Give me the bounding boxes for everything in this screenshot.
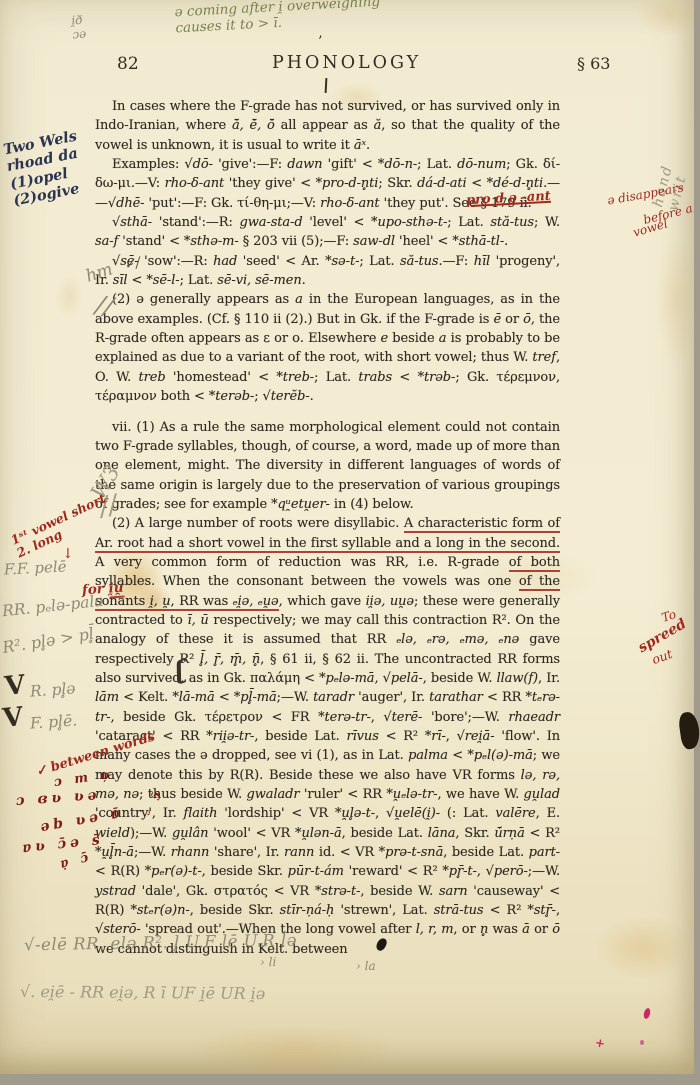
body-paragraph: √sthā- 'stand':—R: gwa-sta-d 'level' < *… <box>95 213 560 252</box>
book-page: 82 PHONOLOGY § 63 ’ In cases where the F… <box>0 0 694 1074</box>
annotation-red-scribble: ɐʋ ɔ̄ə s̄ <box>21 832 104 857</box>
annotation-check-v: V <box>3 671 26 703</box>
body-paragraph: √sē- 'sow':—R: had 'seed' < Ar. *sə-t-; … <box>95 252 560 291</box>
annotation-pencil-formula-1-li: › li <box>260 956 276 970</box>
annotation-pencil-vf: F. pl̥ē. <box>29 712 77 733</box>
annotation-red-vowel: vowel <box>632 217 670 240</box>
body-paragraph: (2) ə generally appears as a in the Euro… <box>95 290 560 406</box>
scanned-book-page: { "palette": { "paper": "#f2ebd1", "red_… <box>0 0 700 1085</box>
annotation-pencil-formula-2: √. ei̯ē - RR ei̯ə, R ī UF i̯ē UR i̯ə <box>20 983 265 1004</box>
stain <box>655 235 697 365</box>
annotation-pencil-top-corner: i̯ð ɔə <box>71 14 87 42</box>
annotation-pencil-rr-pala: RR. pₑlə-pala <box>1 593 104 621</box>
stray-ink-mark: ’ <box>318 34 322 50</box>
pink-cross-mark: + <box>594 1035 606 1051</box>
annotation-pencil-r2: R². pl̥ə > pl̥̄ <box>1 625 95 658</box>
running-head-title: PHONOLOGY <box>272 53 421 73</box>
stain <box>636 0 700 36</box>
annotation-pencil-vr: R. pl̥ə <box>29 680 76 701</box>
stain <box>595 915 690 980</box>
text-block: In cases where the F-grade has not survi… <box>95 97 560 959</box>
annotation-pencil-formula-1-la: › la <box>356 960 376 974</box>
body-paragraph: vii. (1) As a rule the same morphologica… <box>95 418 560 515</box>
annotation-red-scribble: ɔ ɞʋ ʋə <box>16 787 102 809</box>
stain <box>55 275 83 319</box>
pink-mark <box>643 1007 652 1019</box>
section-mark: § 63 <box>577 54 610 73</box>
annotation-pencil-check: ✓∕ <box>123 255 142 274</box>
annotation-green-top-note: ə coming after i̯ overweighing causes it… <box>174 0 381 36</box>
annotation-pencil-ff-pele: F.F. pelē <box>4 558 67 579</box>
annotation-ink-left-note: Two Wels rhoad da (1)opel (2)ogive <box>2 128 88 210</box>
page-number: 82 <box>117 54 139 74</box>
body-paragraph: In cases where the F-grade has not survi… <box>95 97 560 155</box>
annotation-check-v: V <box>1 703 24 735</box>
dark-blot <box>678 711 700 750</box>
annotation-red-scribble: ɐ̣ ɔ̄ <box>59 850 95 872</box>
stain <box>190 1025 400 1073</box>
body-paragraph: (2) A large number of roots were disylla… <box>95 514 560 959</box>
stray-ink-tick <box>325 78 328 93</box>
pink-dot <box>640 1040 644 1045</box>
